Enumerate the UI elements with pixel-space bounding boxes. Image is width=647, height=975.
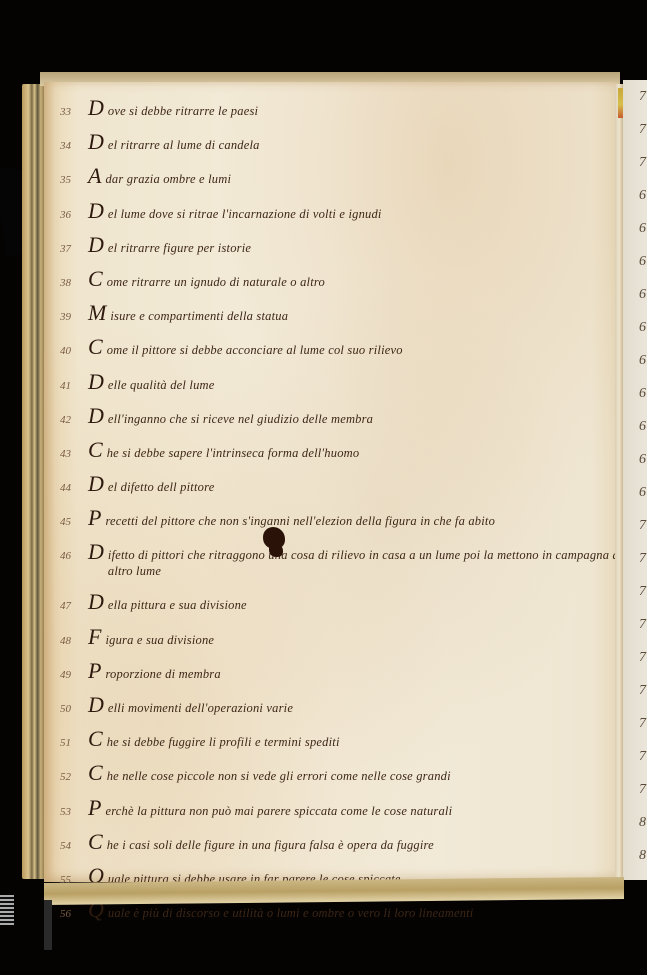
entry-initial: D — [88, 95, 104, 121]
adjacent-line-number: 7 — [623, 641, 647, 674]
entry-number: 33 — [60, 106, 88, 118]
entry-text: el difetto dell pittore — [108, 480, 215, 495]
entry-initial: F — [88, 624, 101, 650]
entry-initial: M — [88, 300, 106, 326]
metal-clasp — [0, 895, 14, 925]
adjacent-line-number: 6 — [623, 476, 647, 509]
entry-initial: C — [88, 726, 103, 752]
index-entry: 39Misure e compartimenti della statua — [60, 300, 620, 334]
entry-initial: D — [88, 403, 104, 429]
entry-number: 46 — [60, 550, 88, 562]
entry-text: uale è più di discorso e utilità o lumi … — [108, 906, 474, 921]
entry-number: 48 — [60, 635, 88, 647]
adjacent-line-number: 6 — [623, 410, 647, 443]
index-entries: 33Dove si debbe ritrarre le paesi 34Del … — [60, 95, 620, 931]
index-entry: 43Che si debbe sapere l'intrinseca forma… — [60, 437, 620, 471]
entry-text: erchè la pittura non può mai parere spic… — [105, 804, 452, 819]
adjacent-line-number: 7 — [623, 113, 647, 146]
entry-number: 45 — [60, 516, 88, 528]
index-entry: 33Dove si debbe ritrarre le paesi — [60, 95, 620, 129]
entry-initial: A — [88, 163, 101, 189]
index-entry: 54Che i casi soli delle figure in una fi… — [60, 829, 620, 863]
adjacent-line-number: 8 — [623, 806, 647, 839]
adjacent-line-number: 7 — [623, 608, 647, 641]
adjacent-line-number: 7 — [623, 674, 647, 707]
entry-text: recetti del pittore che non s'inganni ne… — [105, 514, 495, 529]
entry-text: elle qualità del lume — [108, 378, 215, 393]
entry-initial: D — [88, 129, 104, 155]
entry-initial: C — [88, 829, 103, 855]
adjacent-line-number: 6 — [623, 278, 647, 311]
index-entry: 41Delle qualità del lume — [60, 369, 620, 403]
ink-blot-stain — [263, 527, 285, 549]
book-gutter — [615, 84, 623, 884]
entry-initial: C — [88, 334, 103, 360]
adjacent-line-number: 6 — [623, 212, 647, 245]
adjacent-line-number: 7 — [623, 146, 647, 179]
index-entry: 36Del lume dove si ritrae l'incarnazione… — [60, 198, 620, 232]
index-entry: 44Del difetto dell pittore — [60, 471, 620, 505]
entry-text: ome il pittore si debbe acconciare al lu… — [107, 343, 403, 358]
adjacent-line-number: 6 — [623, 179, 647, 212]
entry-initial: D — [88, 198, 104, 224]
entry-number: 52 — [60, 771, 88, 783]
adjacent-line-number: 7 — [623, 509, 647, 542]
entry-initial: D — [88, 232, 104, 258]
index-entry: 46Difetto di pittori che ritraggono una … — [60, 539, 620, 589]
adjacent-line-number: 8 — [623, 839, 647, 872]
entry-text: he si debbe fuggire li profili e termini… — [107, 735, 340, 750]
entry-number: 41 — [60, 380, 88, 392]
entry-text: roporzione di membra — [105, 667, 220, 682]
adjacent-line-number: 7 — [623, 773, 647, 806]
entry-number: 39 — [60, 311, 88, 323]
entry-number: 44 — [60, 482, 88, 494]
entry-initial: C — [88, 266, 103, 292]
entry-number: 51 — [60, 737, 88, 749]
adjacent-page-edge: 7 7 7 6 6 6 6 6 6 6 6 6 6 7 7 7 7 7 7 7 … — [623, 80, 647, 880]
adjacent-line-number: 6 — [623, 311, 647, 344]
entry-initial: C — [88, 437, 103, 463]
adjacent-line-number: 6 — [623, 443, 647, 476]
entry-text: he si debbe sapere l'intrinseca forma de… — [107, 446, 360, 461]
adjacent-line-number: 7 — [623, 542, 647, 575]
entry-number: 54 — [60, 840, 88, 852]
entry-text: igura e sua divisione — [105, 633, 214, 648]
adjacent-line-number: 7 — [623, 707, 647, 740]
entry-number: 56 — [60, 908, 88, 920]
entry-text: elli movimenti dell'operazioni varie — [108, 701, 293, 716]
book-photograph: 33Dove si debbe ritrarre le paesi 34Del … — [0, 0, 647, 975]
entry-number: 35 — [60, 174, 88, 186]
adjacent-line-number: 7 — [623, 80, 647, 113]
entry-initial: P — [88, 658, 101, 684]
entry-text: he nelle cose piccole non si vede gli er… — [107, 769, 451, 784]
index-entry: 51Che si debbe fuggire li profili e term… — [60, 726, 620, 760]
entry-initial: D — [88, 692, 104, 718]
entry-number: 34 — [60, 140, 88, 152]
index-entry: 37Del ritrarre figure per istorie — [60, 232, 620, 266]
entry-number: 53 — [60, 806, 88, 818]
entry-initial: D — [88, 539, 104, 565]
index-entry: 49Proporzione di membra — [60, 658, 620, 692]
entry-initial: P — [88, 505, 101, 531]
entry-initial: D — [88, 471, 104, 497]
entry-text: ella pittura e sua divisione — [108, 598, 247, 613]
entry-number: 40 — [60, 345, 88, 357]
entry-number: 50 — [60, 703, 88, 715]
index-entry: 35Adar grazia ombre e lumi — [60, 163, 620, 197]
entry-text: dar grazia ombre e lumi — [105, 172, 231, 187]
entry-number: 36 — [60, 209, 88, 221]
entry-initial: D — [88, 589, 104, 615]
index-entry: 48Figura e sua divisione — [60, 624, 620, 658]
entry-initial: P — [88, 795, 101, 821]
index-entry: 47Della pittura e sua divisione — [60, 589, 620, 623]
adjacent-line-number: 7 — [623, 740, 647, 773]
entry-number: 47 — [60, 600, 88, 612]
index-entry: 53Perchè la pittura non può mai parere s… — [60, 795, 620, 829]
adjacent-line-number: 7 — [623, 575, 647, 608]
entry-text: ove si debbe ritrarre le paesi — [108, 104, 258, 119]
index-entry: 50Delli movimenti dell'operazioni varie — [60, 692, 620, 726]
index-entry: 38Come ritrarre un ignudo di naturale o … — [60, 266, 620, 300]
entry-number: 42 — [60, 414, 88, 426]
index-entry: 40Come il pittore si debbe acconciare al… — [60, 334, 620, 368]
adjacent-line-number: 6 — [623, 344, 647, 377]
entry-number: 37 — [60, 243, 88, 255]
entry-text: ome ritrarre un ignudo di naturale o alt… — [107, 275, 325, 290]
index-entry: 34Del ritrarre al lume di candela — [60, 129, 620, 163]
entry-text: el lume dove si ritrae l'incarnazione di… — [108, 207, 382, 222]
entry-text: el ritrarre al lume di candela — [108, 138, 260, 153]
index-entry: 42Dell'inganno che si riceve nel giudizi… — [60, 403, 620, 437]
entry-initial: D — [88, 369, 104, 395]
entry-text: ell'inganno che si riceve nel giudizio d… — [108, 412, 373, 427]
entry-text: he i casi soli delle figure in una figur… — [107, 838, 434, 853]
book-strap — [44, 900, 52, 950]
entry-initial: C — [88, 760, 103, 786]
entry-number: 49 — [60, 669, 88, 681]
entry-text: isure e compartimenti della statua — [110, 309, 288, 324]
entry-number: 38 — [60, 277, 88, 289]
index-entry: 45Precetti del pittore che non s'inganni… — [60, 505, 620, 539]
entry-text: el ritrarre figure per istorie — [108, 241, 251, 256]
adjacent-line-number: 6 — [623, 377, 647, 410]
index-entry: 52Che nelle cose piccole non si vede gli… — [60, 760, 620, 794]
adjacent-line-number: 6 — [623, 245, 647, 278]
entry-number: 43 — [60, 448, 88, 460]
entry-text: ifetto di pittori che ritraggono una cos… — [108, 547, 620, 579]
